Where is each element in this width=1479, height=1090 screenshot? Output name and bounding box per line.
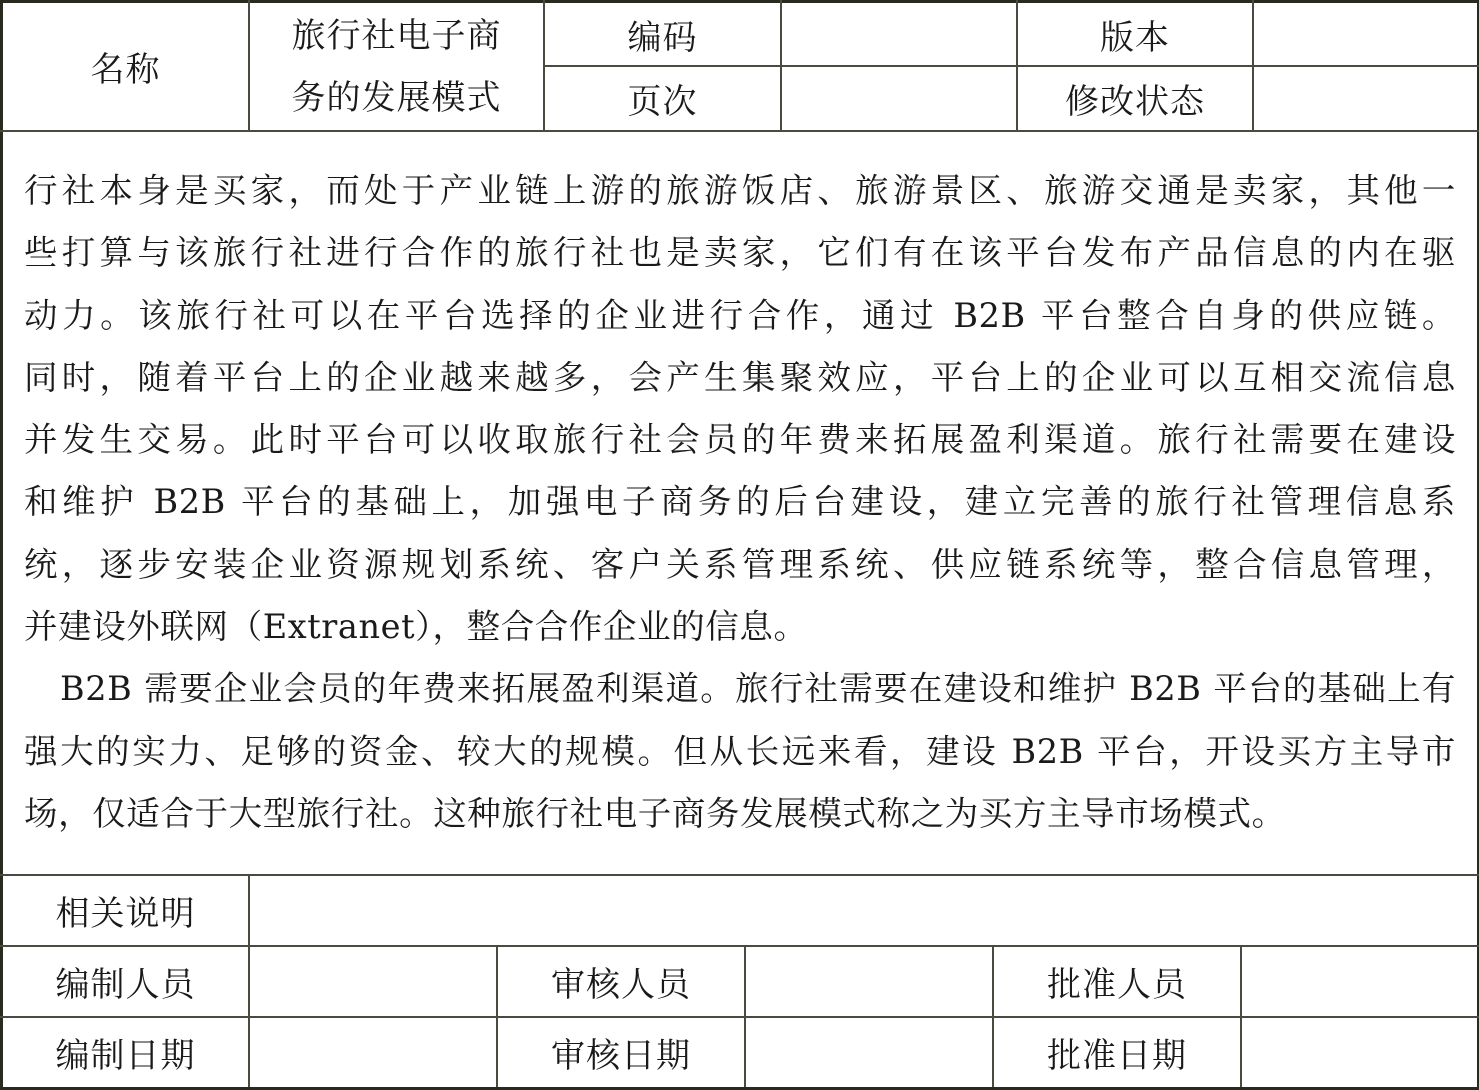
text-line: 场，仅适合于大型旅行社。这种旅行社电子商务发展模式称之为买方主导市场模式。 xyxy=(24,783,1456,845)
text-line: 并发生交易。此时平台可以收取旅行社会员的年费来拓展盈利渠道。旅行社需要在建设 xyxy=(24,409,1456,471)
reviewed-by-label: 审核人员 xyxy=(498,947,744,1016)
text-line: 和维护 B2B 平台的基础上，加强电子商务的后台建设，建立完善的旅行社管理信息系 xyxy=(24,471,1456,533)
reviewed-date-label: 审核日期 xyxy=(498,1018,744,1087)
version-label: 版本 xyxy=(1018,3,1252,65)
text-line: 统，逐步安装企业资源规划系统、客户关系管理系统、供应链系统等，整合信息管理， xyxy=(24,534,1456,596)
text-line: 同时，随着平台上的企业越来越多，会产生集聚效应，平台上的企业可以互相交流信息 xyxy=(24,347,1456,409)
name-value-line2: 务的发展模式 xyxy=(292,67,502,129)
notes-field[interactable] xyxy=(250,876,1476,945)
prepared-by-field[interactable] xyxy=(250,947,496,1016)
page-label: 页次 xyxy=(545,67,780,130)
page-field[interactable] xyxy=(782,67,1016,130)
text-line: B2B 需要企业会员的年费来拓展盈利渠道。旅行社需要在建设和维护 B2B 平台的… xyxy=(24,658,1456,720)
revision-label: 修改状态 xyxy=(1018,67,1252,130)
prepared-date-field[interactable] xyxy=(250,1018,496,1087)
reviewed-by-field[interactable] xyxy=(746,947,992,1016)
notes-label: 相关说明 xyxy=(3,876,248,945)
code-field[interactable] xyxy=(782,3,1016,65)
text-line: 些打算与该旅行社进行合作的旅行社也是卖家，它们有在该平台发布产品信息的内在驱 xyxy=(24,222,1456,284)
approved-date-field[interactable] xyxy=(1242,1018,1476,1087)
name-value-line1: 旅行社电子商 xyxy=(292,5,502,67)
approved-by-label: 批准人员 xyxy=(994,947,1240,1016)
reviewed-date-field[interactable] xyxy=(746,1018,992,1087)
text-line: 强大的实力、足够的资金、较大的规模。但从长远来看，建设 B2B 平台，开设买方主… xyxy=(24,721,1456,783)
text-line: 行社本身是买家，而处于产业链上游的旅游饭店、旅游景区、旅游交通是卖家，其他一 xyxy=(24,160,1456,222)
text-line: 并建设外联网（Extranet），整合合作企业的信息。 xyxy=(24,596,1456,658)
prepared-date-label: 编制日期 xyxy=(3,1018,248,1087)
approved-by-field[interactable] xyxy=(1242,947,1476,1016)
paragraph-1: 行社本身是买家，而处于产业链上游的旅游饭店、旅游景区、旅游交通是卖家，其他一 些… xyxy=(24,160,1456,658)
code-label: 编码 xyxy=(545,3,780,65)
body-content: 行社本身是买家，而处于产业链上游的旅游饭店、旅游景区、旅游交通是卖家，其他一 些… xyxy=(24,160,1456,845)
name-label: 名称 xyxy=(3,3,248,130)
revision-field[interactable] xyxy=(1254,67,1476,130)
name-value: 旅行社电子商 务的发展模式 xyxy=(250,3,543,130)
prepared-by-label: 编制人员 xyxy=(3,947,248,1016)
paragraph-2: B2B 需要企业会员的年费来拓展盈利渠道。旅行社需要在建设和维护 B2B 平台的… xyxy=(24,658,1456,845)
grid-line xyxy=(0,130,1479,132)
approved-date-label: 批准日期 xyxy=(994,1018,1240,1087)
text-line: 动力。该旅行社可以在平台选择的企业进行合作，通过 B2B 平台整合自身的供应链。 xyxy=(24,285,1456,347)
version-field[interactable] xyxy=(1254,3,1476,65)
